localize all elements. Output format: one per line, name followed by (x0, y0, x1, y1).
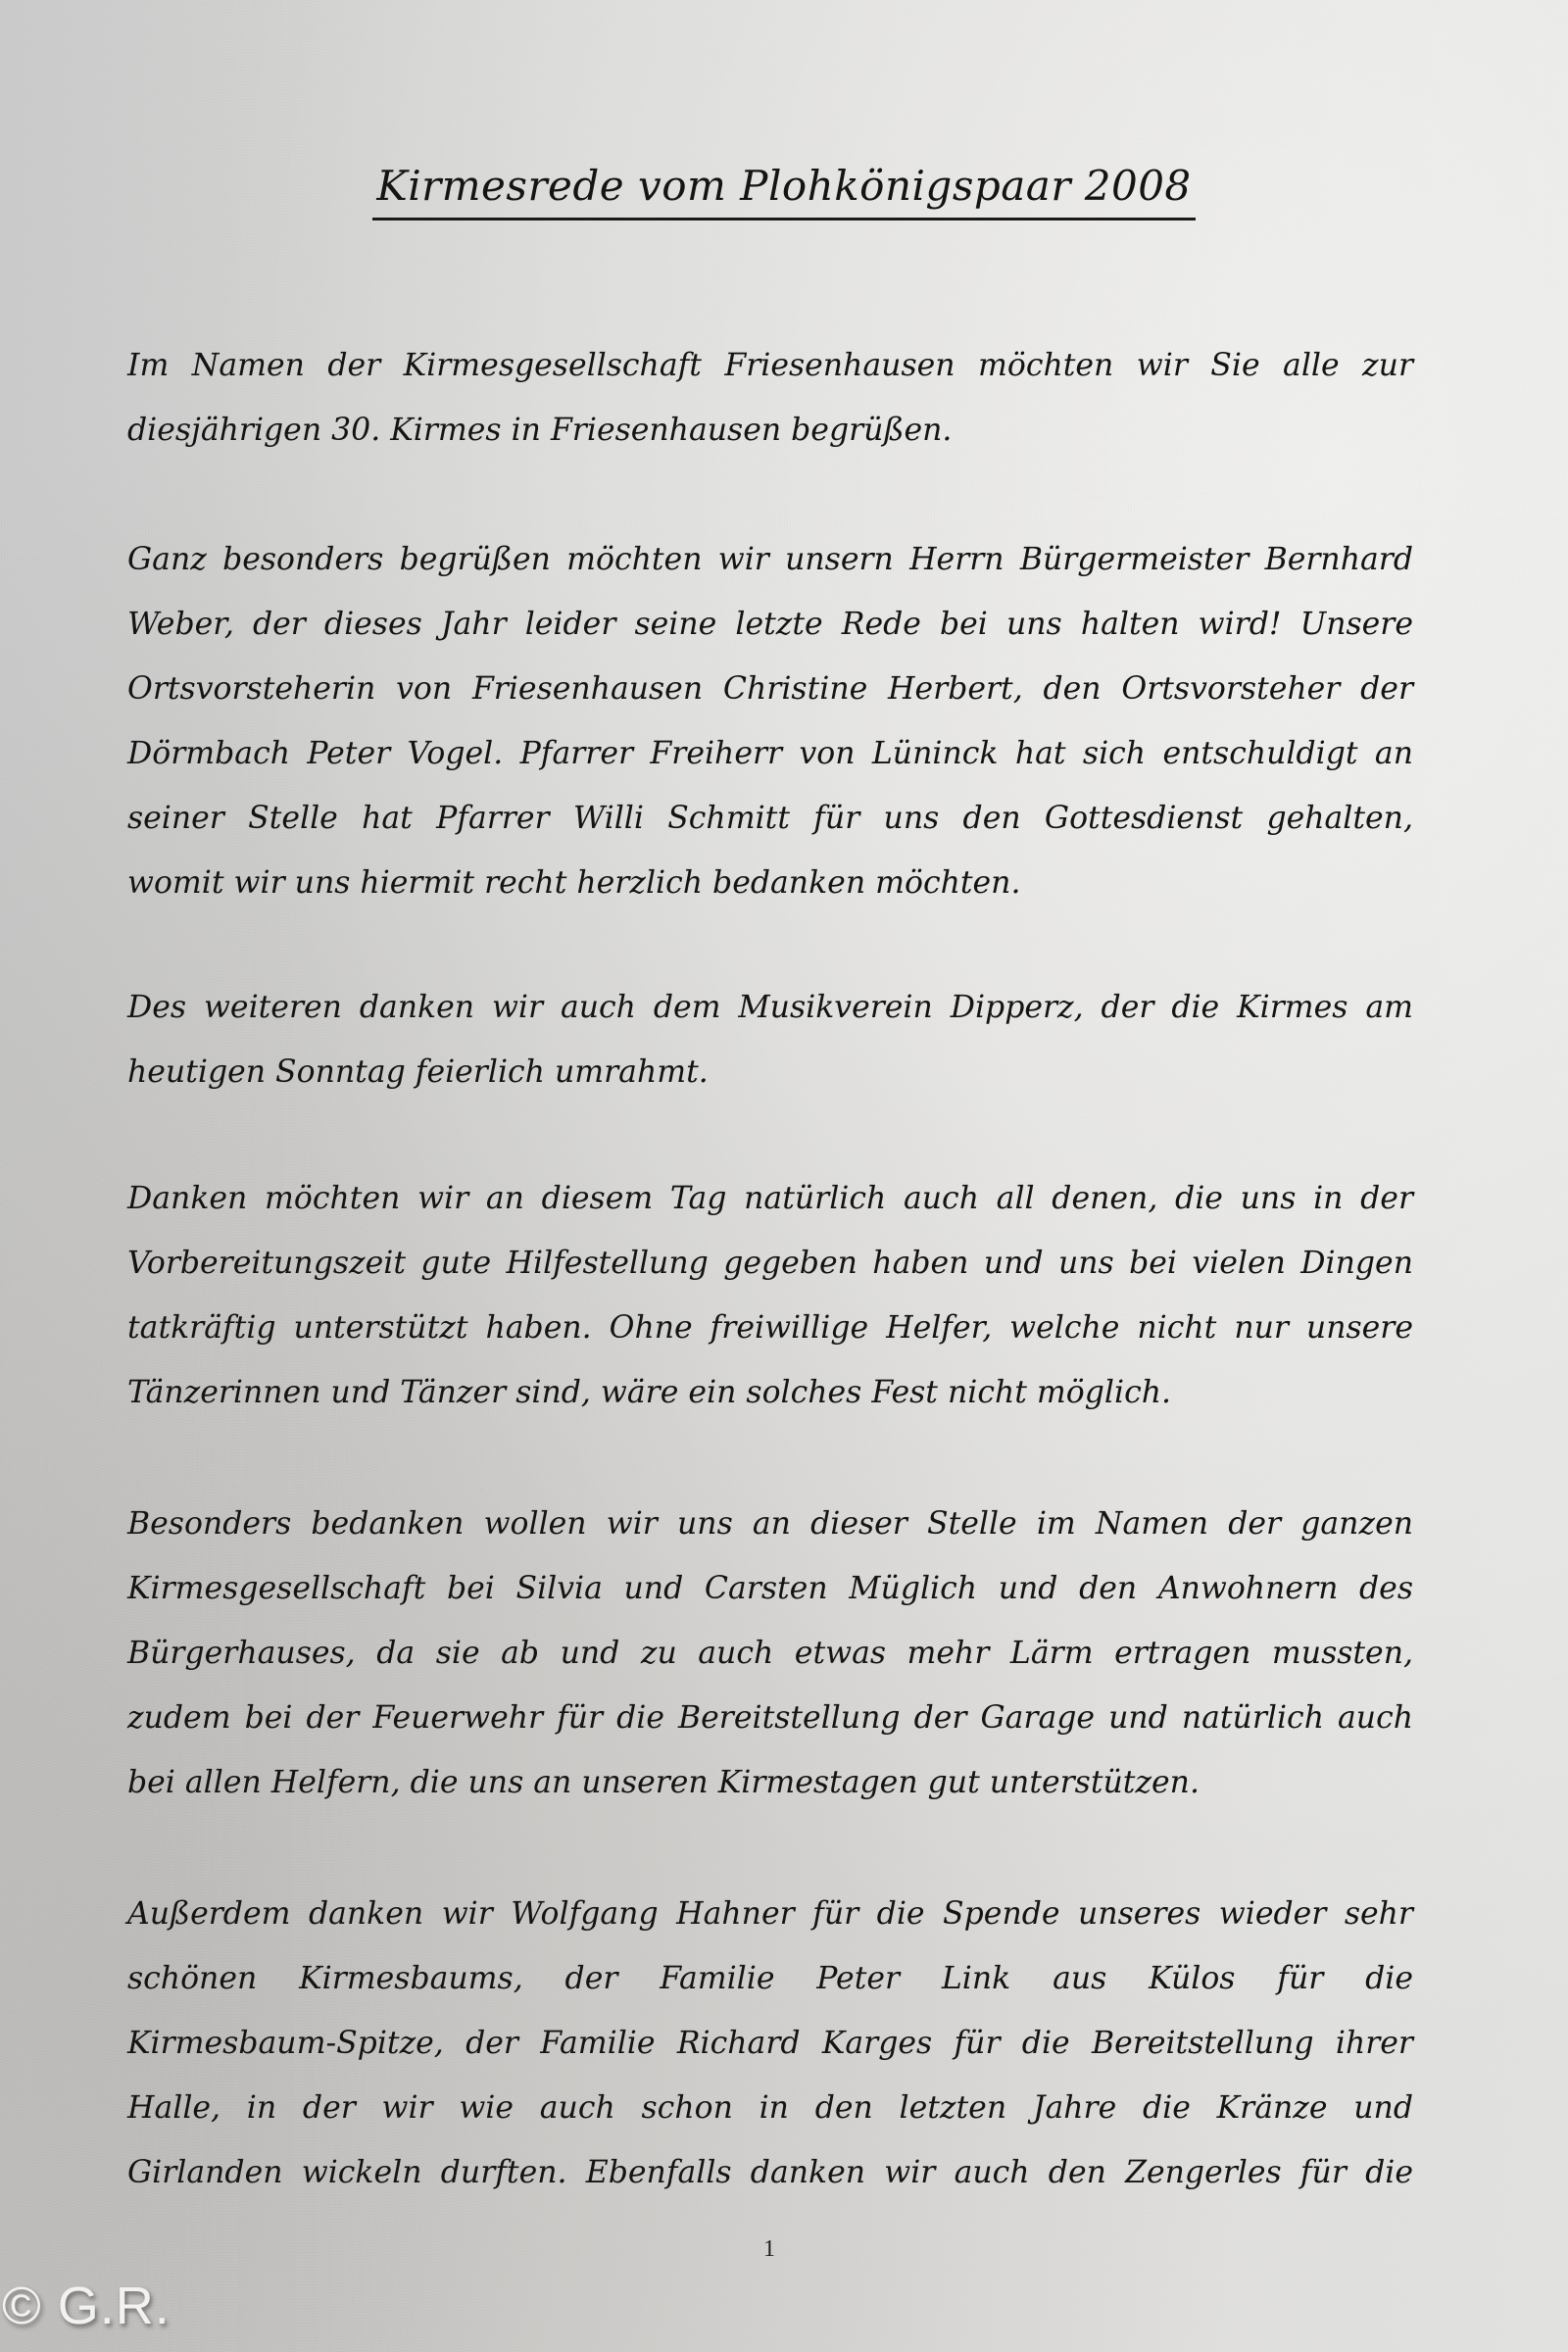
text-line: Dörmbach Peter Vogel. Pfarrer Freiherr v… (127, 721, 1413, 786)
text-line: Halle, in der wir wie auch schon in den … (127, 2076, 1413, 2140)
text-line: Kirmesgesellschaft bei Silvia und Carste… (127, 1556, 1413, 1621)
paragraph-helpers: Danken möchten wir an diesem Tag natürli… (127, 1166, 1413, 1425)
text-line: womit wir uns hiermit recht herzlich bed… (127, 851, 1413, 915)
text-line: Vorbereitungszeit gute Hilfestellung geg… (127, 1231, 1413, 1296)
text-line: Bürgerhauses, da sie ab und zu auch etwa… (127, 1621, 1413, 1686)
text-line: diesjährigen 30. Kirmes in Friesenhausen… (127, 398, 1413, 463)
paragraph-dignitaries: Ganz besonders begrüßen möchten wir unse… (127, 527, 1413, 915)
text-line: zudem bei der Feuerwehr für die Bereitst… (127, 1686, 1413, 1750)
paragraph-welcome: Im Namen der Kirmesgesellschaft Friesenh… (127, 333, 1413, 463)
text-line: seiner Stelle hat Pfarrer Willi Schmitt … (127, 786, 1413, 851)
paragraph-music-club: Des weiteren danken wir auch dem Musikve… (127, 975, 1413, 1104)
text-line: Girlanden wickeln durften. Ebenfalls dan… (127, 2140, 1413, 2205)
text-line: bei allen Helfern, die uns an unseren Ki… (127, 1750, 1413, 1815)
text-line: Im Namen der Kirmesgesellschaft Friesenh… (127, 333, 1413, 398)
document-page: Kirmesrede vom Plohkönigspaar 2008 Im Na… (0, 0, 1568, 2352)
copyright-watermark: © G.R. (2, 2276, 171, 2336)
document-title-text: Kirmesrede vom Plohkönigspaar 2008 (372, 157, 1195, 220)
page-number: 1 (755, 2236, 784, 2263)
text-line: Danken möchten wir an diesem Tag natürli… (127, 1166, 1413, 1231)
text-line: Weber, der dieses Jahr leider seine letz… (127, 592, 1413, 657)
paragraph-donors: Außerdem danken wir Wolfgang Hahner für … (127, 1882, 1413, 2205)
paragraph-residents: Besonders bedanken wollen wir uns an die… (127, 1492, 1413, 1815)
text-line: tatkräftig unterstützt haben. Ohne freiw… (127, 1296, 1413, 1360)
document-title: Kirmesrede vom Plohkönigspaar 2008 (0, 157, 1568, 220)
text-line: Außerdem danken wir Wolfgang Hahner für … (127, 1882, 1413, 1946)
text-line: Besonders bedanken wollen wir uns an die… (127, 1492, 1413, 1556)
text-line: Tänzerinnen und Tänzer sind, wäre ein so… (127, 1360, 1413, 1425)
text-line: schönen Kirmesbaums, der Familie Peter L… (127, 1946, 1413, 2011)
text-line: Des weiteren danken wir auch dem Musikve… (127, 975, 1413, 1040)
text-line: Kirmesbaum-Spitze, der Familie Richard K… (127, 2011, 1413, 2076)
text-line: heutigen Sonntag feierlich umrahmt. (127, 1040, 1413, 1104)
text-line: Ganz besonders begrüßen möchten wir unse… (127, 527, 1413, 592)
text-line: Ortsvorsteherin von Friesenhausen Christ… (127, 657, 1413, 721)
